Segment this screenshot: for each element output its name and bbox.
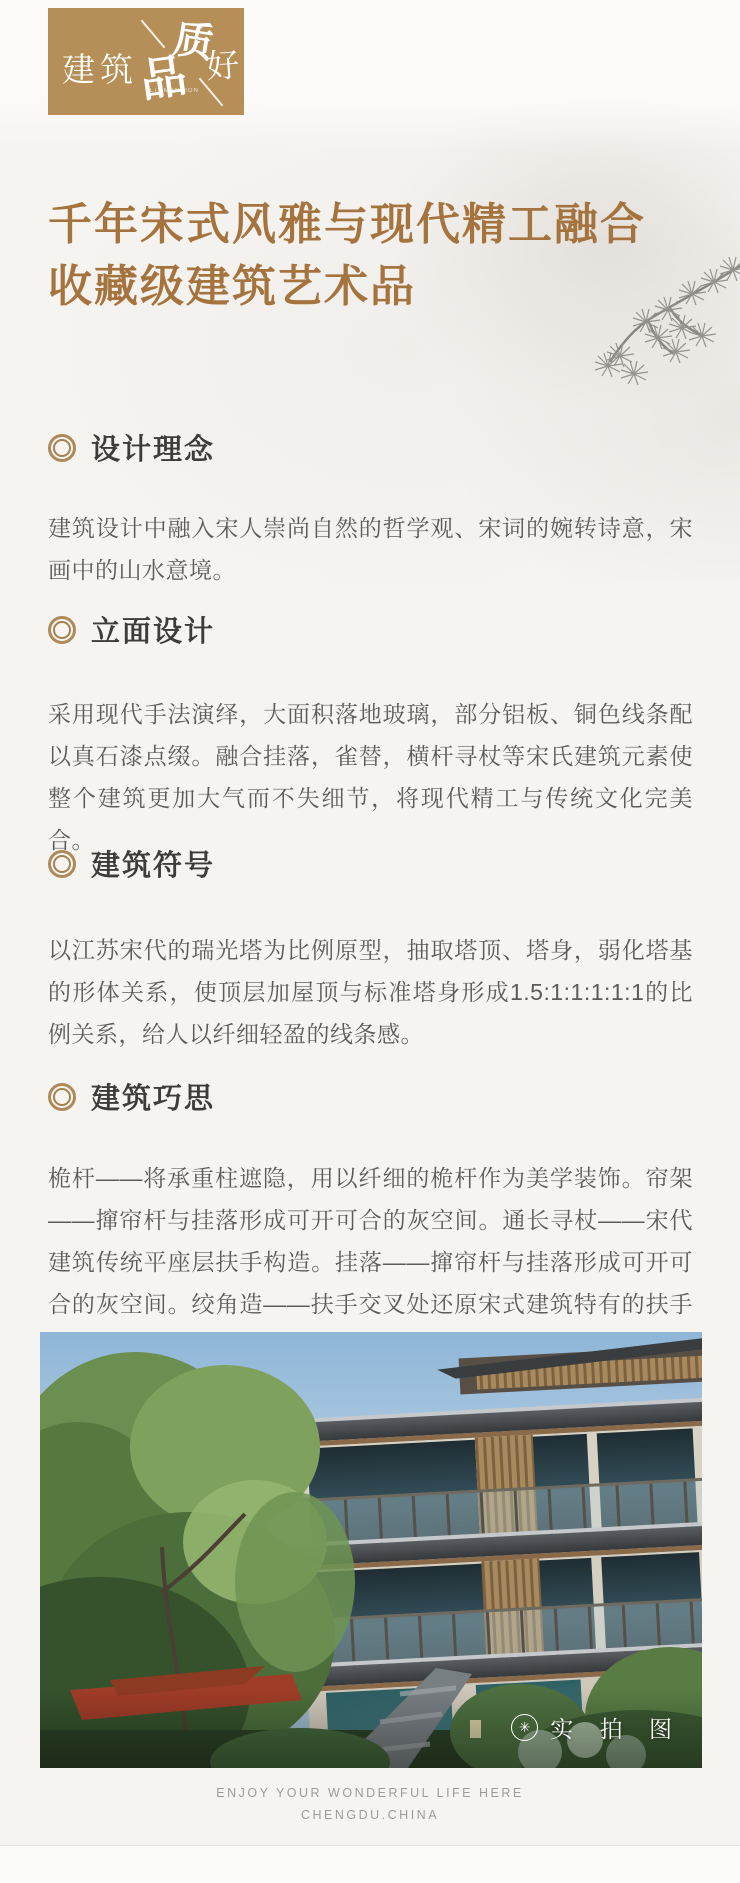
section-heading-design-concept: 设计理念 xyxy=(48,427,215,468)
badge-word-hao: 好 xyxy=(204,39,240,88)
building-photo-art xyxy=(40,1332,702,1768)
double-circle-bullet-icon xyxy=(48,616,76,644)
building-photo: ✳ 实 拍 图 xyxy=(40,1332,702,1768)
double-circle-bullet-icon xyxy=(48,1083,76,1111)
footer-location: CHENGDU.CHINA xyxy=(0,1808,740,1822)
badge-english-subtitle: JLTNMANSION xyxy=(146,88,199,94)
section-title: 建筑巧思 xyxy=(91,1076,215,1117)
section-heading-architectural-symbol: 建筑符号 xyxy=(48,843,215,884)
photo-caption: ✳ 实 拍 图 xyxy=(511,1711,682,1744)
pine-branch-illustration xyxy=(550,238,740,406)
section-body-architectural-symbol: 以江苏宋代的瑞光塔为比例原型，抽取塔顶、塔身，弱化塔基的形体关系，使顶层加屋顶与… xyxy=(48,929,693,1055)
section-body-facade-design: 采用现代手法演绎，大面积落地玻璃，部分铝板、铜色线条配以真石漆点缀。融合挂落，雀… xyxy=(48,693,693,861)
footer: ENJOY YOUR WONDERFUL LIFE HERE CHENGDU.C… xyxy=(0,1786,740,1822)
section-title: 设计理念 xyxy=(91,427,215,468)
section-heading-architectural-ingenuity: 建筑巧思 xyxy=(48,1076,215,1117)
bottom-strip xyxy=(0,1845,740,1883)
photo-caption-label: 实 拍 图 xyxy=(550,1711,682,1744)
section-body-design-concept: 建筑设计中融入宋人崇尚自然的哲学观、宋词的婉转诗意，宋画中的山水意境。 xyxy=(48,507,693,591)
brand-badge: 建筑 品 质 好 JLTNMANSION xyxy=(48,8,244,115)
double-circle-bullet-icon xyxy=(48,850,76,878)
asterisk-icon: ✳ xyxy=(511,1714,538,1741)
section-title: 立面设计 xyxy=(91,609,215,650)
section-heading-facade-design: 立面设计 xyxy=(48,609,215,650)
double-circle-bullet-icon xyxy=(48,434,76,462)
badge-word-jianzhu: 建筑 xyxy=(62,44,138,91)
section-title: 建筑符号 xyxy=(91,843,215,884)
footer-slogan: ENJOY YOUR WONDERFUL LIFE HERE xyxy=(0,1786,740,1800)
